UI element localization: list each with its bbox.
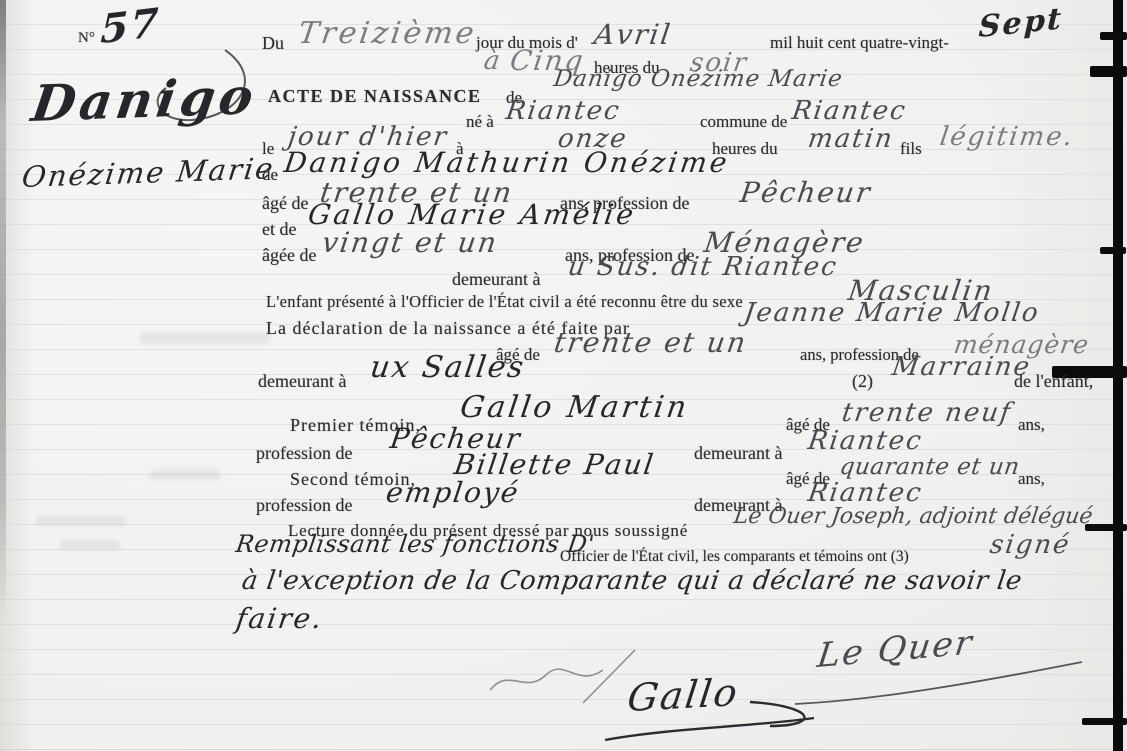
bleed-through (36, 516, 126, 526)
bleed-through (150, 470, 220, 480)
act-title: ACTE DE NAISSANCE (268, 86, 482, 107)
commune-written: Riantec (790, 96, 909, 126)
legitimacy-written: légitime. (938, 122, 1076, 152)
printed-age-mother: âgée de (262, 245, 316, 266)
binding-stitch (1082, 718, 1127, 725)
printed-commune-de: commune de (700, 112, 787, 132)
binding-stitch (1100, 247, 1126, 254)
hour-at-written: à (482, 46, 504, 76)
date-month-written: Avril (592, 18, 674, 51)
birth-record-scan: N° 57 Danigo Onézime Marie Du Treizième … (0, 0, 1127, 751)
bleed-through (140, 332, 270, 344)
printed-du: Du (262, 33, 284, 54)
declarant-residence-written: ux Salles (368, 350, 527, 385)
declarant-age-written: trente et un (552, 326, 749, 359)
margin-child-surname: Danigo (28, 66, 261, 133)
printed-ans-witness2: ans, (1018, 469, 1045, 489)
act-number-value: 57 (100, 0, 161, 53)
exception-written: à l'exception de la Comparante qui a déc… (240, 566, 1024, 596)
printed-et-de: et de (262, 219, 296, 240)
witness1-residence-written: Riantec (806, 426, 925, 456)
signature-witness-flourish (600, 700, 830, 745)
printed-demeurant-declarant: demeurant à (258, 371, 346, 392)
declarant-written: Jeanne Marie Mollo (742, 298, 1042, 328)
printed-de-father: de (262, 165, 278, 185)
father-name-written: Danigo Mathurin Onézime (282, 146, 732, 179)
date-year-end-written: Sept (978, 1, 1064, 45)
father-profession-written: Pêcheur (738, 176, 874, 209)
act-number-label: N° (78, 30, 95, 47)
printed-profession-witness2: profession de (256, 495, 352, 516)
birth-period-written: matin (806, 124, 896, 154)
printed-fils: fils (900, 139, 922, 159)
witness1-age-written: trente neuf (840, 398, 1014, 428)
child-name-written: Danigo Onézime Marie (552, 66, 845, 92)
printed-officier-comparants: Officier de l'État civil, les comparants… (560, 548, 909, 566)
printed-ans-witness1: ans, (1018, 415, 1045, 435)
printed-ne-a: né à (466, 112, 494, 132)
printed-ref2: (2) (852, 371, 873, 392)
mother-age-written: vingt et un (320, 226, 500, 259)
exception-end-written: faire. (234, 602, 326, 635)
printed-profession-witness1: profession de (256, 443, 352, 464)
printed-year: mil huit cent quatre-vingt- (770, 33, 949, 53)
declarant-relation-written: Marraine (890, 352, 1033, 382)
witness2-profession-written: employé (384, 476, 522, 509)
printed-de-lenfant: de l'enfant, (1014, 371, 1093, 392)
date-day-written: Treizième (296, 16, 479, 51)
signature-officer-flourish (790, 660, 1090, 710)
birthplace-written: Riantec (504, 96, 623, 126)
bleed-through (60, 540, 120, 550)
printed-demeurant-witness1: demeurant à (694, 443, 782, 464)
binding-stitch (1090, 66, 1127, 77)
printed-recognition: L'enfant présenté à l'Officier de l'État… (266, 292, 743, 312)
witness2-age-written: quarante et un (838, 454, 1021, 480)
witness1-name-written: Gallo Martin (458, 390, 691, 425)
printed-demeurant-parents: demeurant à (452, 269, 540, 290)
binding-stitch (1100, 32, 1127, 40)
printed-le: le (262, 139, 274, 159)
margin-child-given-names: Onézime Marie (20, 151, 277, 194)
parents-residence-written: u Sus. dit Riantec (566, 252, 840, 282)
printed-age-father: âgé de (262, 193, 308, 214)
signe-written: signé (988, 530, 1073, 560)
page-left-edge (0, 0, 6, 620)
remplissant-written: Remplissant les fonctions D' (234, 530, 596, 558)
officer-name-written: Le Ouer Joseph, adjoint délégué (732, 504, 1094, 529)
